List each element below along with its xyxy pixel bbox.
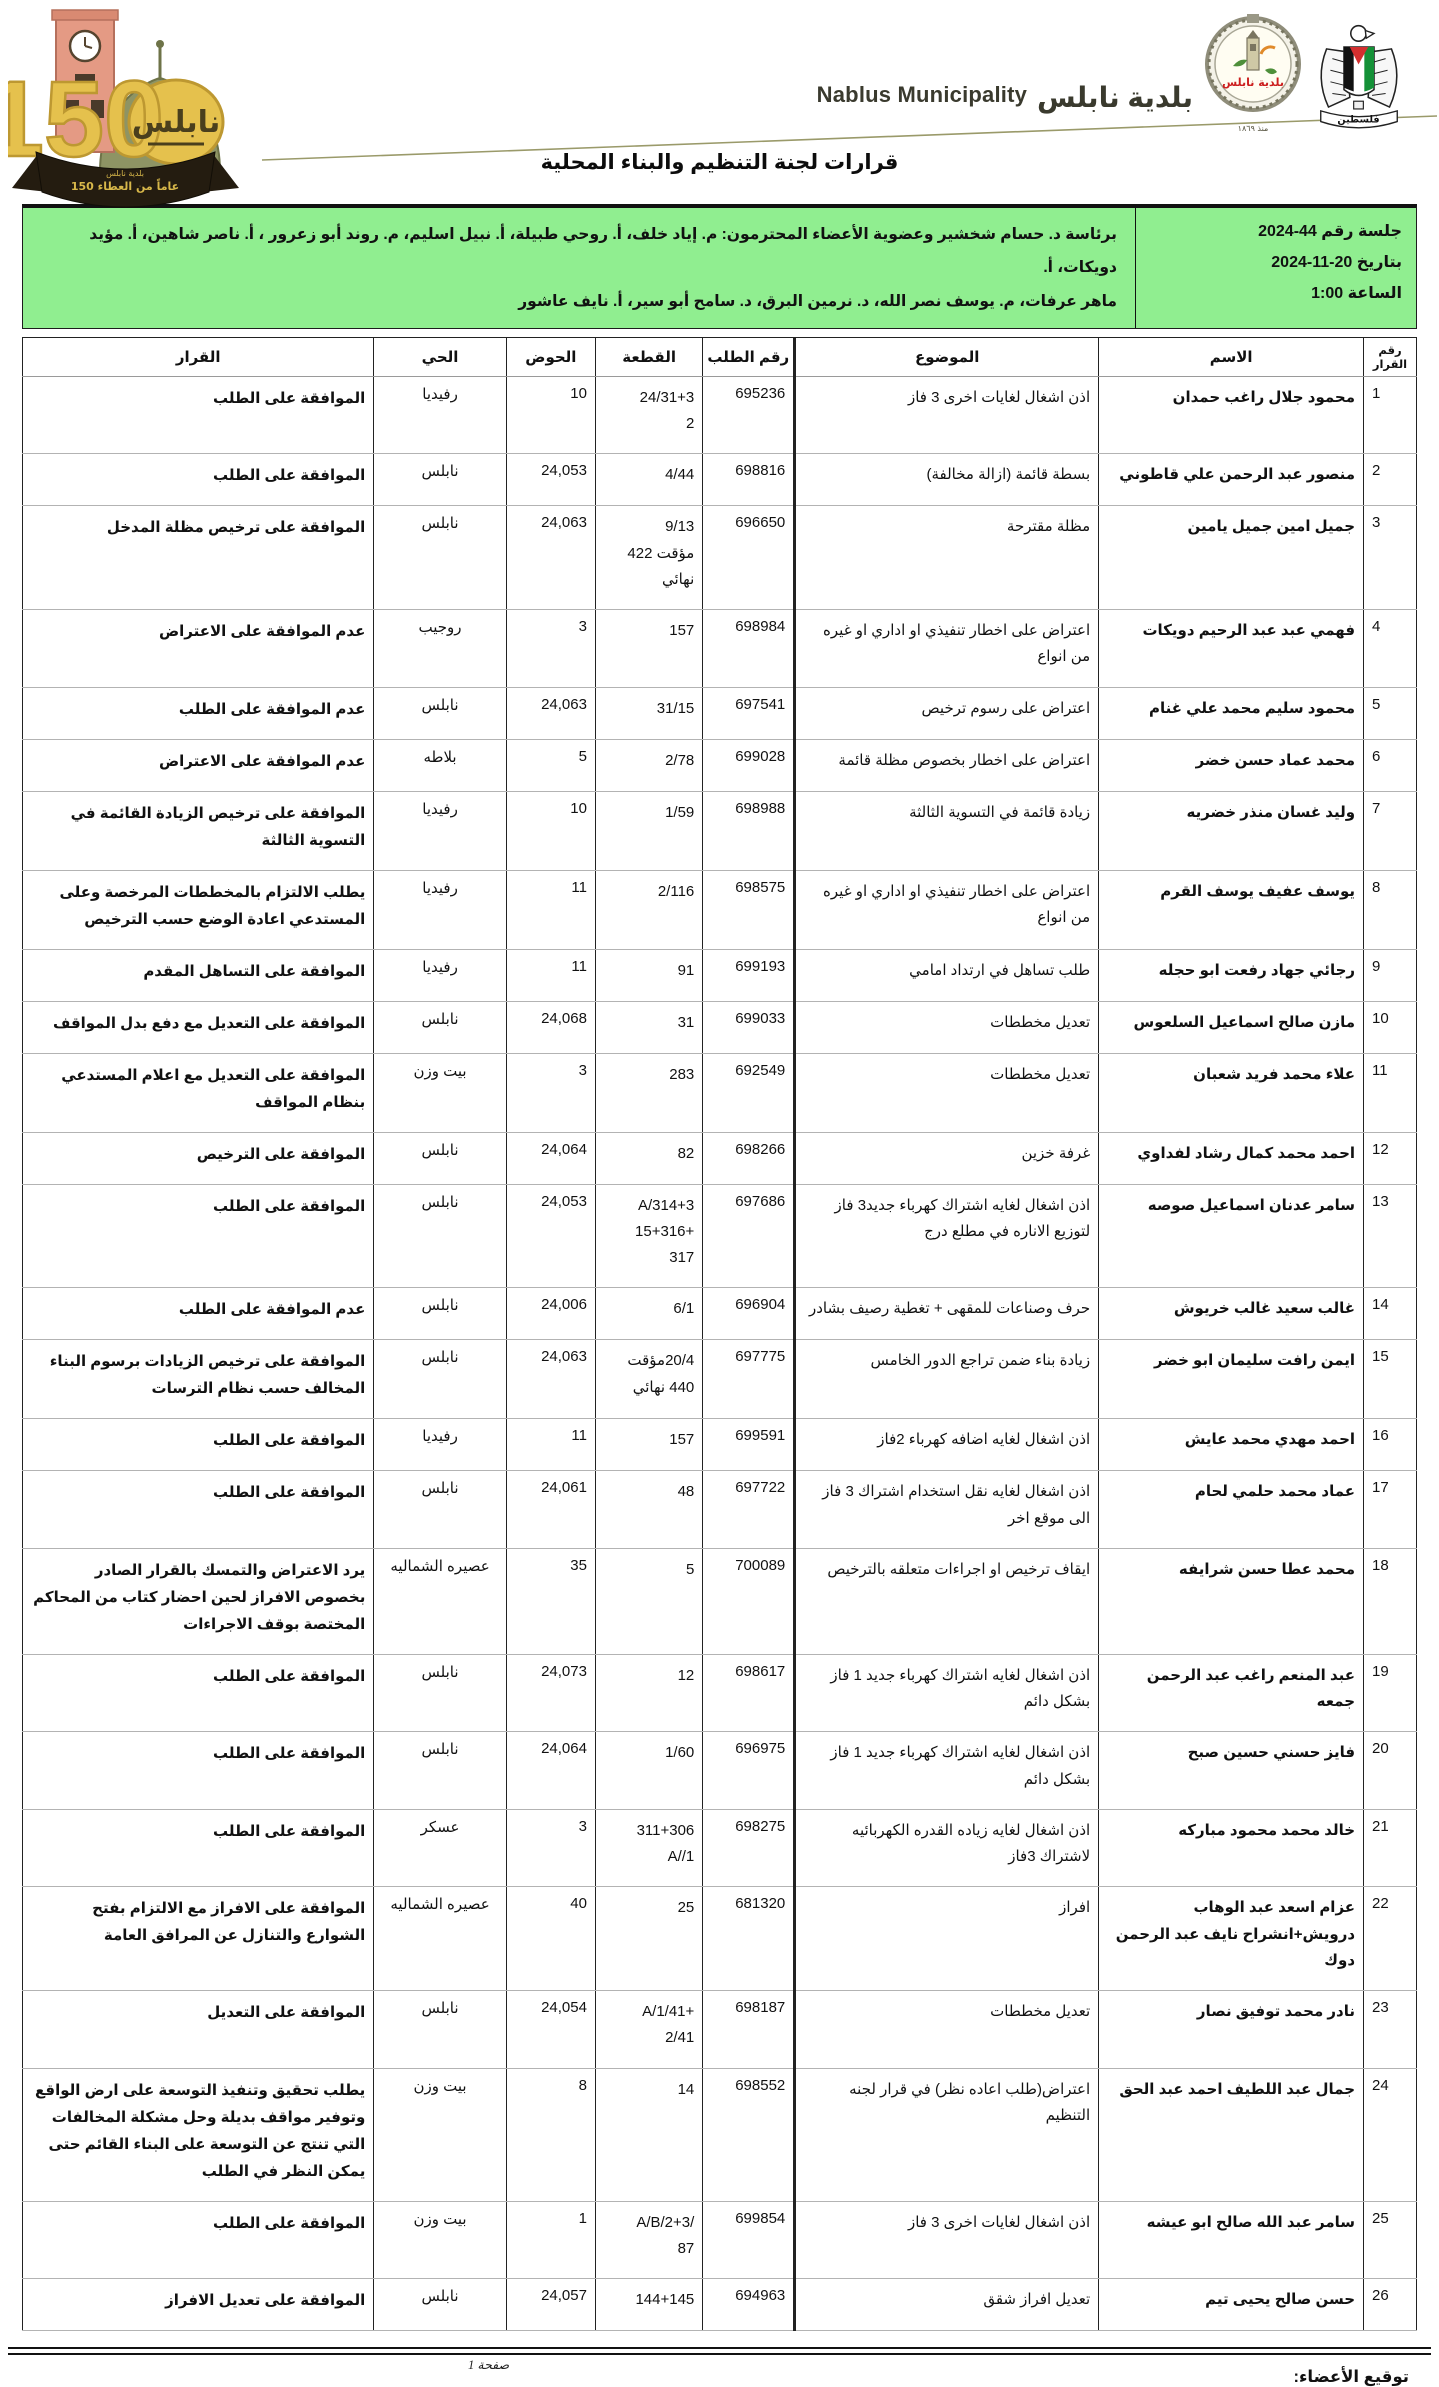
cell-subject: اذن اشغال لغايه اشتراك كهرباء جديد3 فاز … <box>795 1184 1099 1288</box>
cell-decision: الموافقة على الطلب <box>23 1654 374 1732</box>
cell-basin: 24,064 <box>506 1132 595 1184</box>
cell-name: غالب سعيد غالب خريوش <box>1099 1288 1364 1340</box>
cell-basin: 10 <box>506 376 595 454</box>
cell-decision: يرد الاعتراض والتمسك بالقرار الصادر بخصو… <box>23 1548 374 1654</box>
cell-decision-no: 5 <box>1364 687 1417 739</box>
cell-name: محمود سليم محمد علي غنام <box>1099 687 1364 739</box>
cell-subject: اعتراض على اخطار بخصوص مظلة قائمة <box>795 739 1099 791</box>
cell-decision-no: 13 <box>1364 1184 1417 1288</box>
cell-subject: تعديل مخططات <box>795 1053 1099 1132</box>
cell-district: نابلس <box>374 1654 506 1732</box>
cell-district: رفيديا <box>374 376 506 454</box>
table-row: 5 محمود سليم محمد علي غنام اعتراض على رس… <box>23 687 1417 739</box>
attendees-line-2: ماهر عرفات، م. يوسف نصر الله، د. نرمين ا… <box>41 285 1117 318</box>
cell-decision-no: 25 <box>1364 2201 1417 2279</box>
cell-subject: زيادة بناء ضمن تراجع الدور الخامس <box>795 1340 1099 1419</box>
cell-name: وليد غسان منذر خضريه <box>1099 791 1364 870</box>
cell-request-no: 699854 <box>703 2201 795 2279</box>
cell-request-no: 698187 <box>703 1991 795 2069</box>
table-row: 4 فهمي عبد عبد الرحيم دويكات اعتراض على … <box>23 610 1417 688</box>
cell-decision-no: 24 <box>1364 2068 1417 2201</box>
cell-district: بلاطه <box>374 739 506 791</box>
cell-request-no: 694963 <box>703 2279 795 2331</box>
table-row: 19 عبد المنعم راغب عبد الرحمن جمعه اذن ا… <box>23 1654 1417 1732</box>
cell-district: رفيديا <box>374 870 506 949</box>
cell-district: نابلس <box>374 2279 506 2331</box>
header-plot: القطعة <box>595 337 702 376</box>
cell-plot: A/B/2+3/ 87 <box>595 2201 702 2279</box>
cell-basin: 3 <box>506 1053 595 1132</box>
cell-decision-no: 16 <box>1364 1419 1417 1471</box>
cell-request-no: 698984 <box>703 610 795 688</box>
cell-decision-no: 10 <box>1364 1001 1417 1053</box>
cell-plot: 157 <box>595 610 702 688</box>
cell-plot: 2/78 <box>595 739 702 791</box>
cell-name: محمود جلال راغب حمدان <box>1099 376 1364 454</box>
palestine-coat-of-arms-icon: فلسطين <box>1313 18 1405 136</box>
table-row: 13 سامر عدنان اسماعيل صوصه اذن اشغال لغا… <box>23 1184 1417 1288</box>
cell-decision: الموافقة على الافراز مع الالتزام بفتح ال… <box>23 1887 374 1991</box>
cell-basin: 24,063 <box>506 687 595 739</box>
cell-basin: 1 <box>506 2201 595 2279</box>
cell-name: حسن صالح يحيى تيم <box>1099 2279 1364 2331</box>
cell-decision: الموافقة على الطلب <box>23 1471 374 1549</box>
cell-request-no: 696904 <box>703 1288 795 1340</box>
cell-decision: الموافقة على الطلب <box>23 1809 374 1887</box>
cell-subject: ايقاف ترخيص او اجراءات متعلقه بالترخيص <box>795 1548 1099 1654</box>
cell-decision: عدم الموافقة على الاعتراض <box>23 739 374 791</box>
cell-decision: الموافقة على تعديل الافراز <box>23 2279 374 2331</box>
cell-name: فايز حسني حسين صبح <box>1099 1732 1364 1810</box>
cell-basin: 3 <box>506 1809 595 1887</box>
cell-request-no: 698266 <box>703 1132 795 1184</box>
cell-basin: 40 <box>506 1887 595 1991</box>
header-request-no: رقم الطلب <box>703 337 795 376</box>
cell-decision: عدم الموافقة على الاعتراض <box>23 610 374 688</box>
cell-district: نابلس <box>374 1184 506 1288</box>
emblem-since-text: منذ ١٨٦٩ <box>1238 124 1269 133</box>
cell-decision: الموافقة على التساهل المقدم <box>23 949 374 1001</box>
cell-decision: عدم الموافقة على الطلب <box>23 1288 374 1340</box>
cell-plot: 4/44 <box>595 454 702 506</box>
cell-plot: A/314+3 15+316+ 317 <box>595 1184 702 1288</box>
cell-subject: تعديل مخططات <box>795 1991 1099 2069</box>
cell-basin: 24,006 <box>506 1288 595 1340</box>
cell-name: محمد عطا حسن شرايفه <box>1099 1548 1364 1654</box>
cell-decision-no: 2 <box>1364 454 1417 506</box>
cell-decision-no: 12 <box>1364 1132 1417 1184</box>
cell-basin: 10 <box>506 791 595 870</box>
table-header-row: رقم القرار الاسم الموضوع رقم الطلب القطع… <box>23 337 1417 376</box>
cell-decision: الموافقة على ترخيص الزيادات برسوم البناء… <box>23 1340 374 1419</box>
members-signature-label: توقيع الأعضاء: <box>30 2367 1409 2387</box>
cell-subject: اعتراض(طلب اعاده نظر) في قرار لجنه التنظ… <box>795 2068 1099 2201</box>
cell-request-no: 681320 <box>703 1887 795 1991</box>
decisions-tbody: 1 محمود جلال راغب حمدان اذن اشغال لغايات… <box>23 376 1417 2330</box>
cell-request-no: 697775 <box>703 1340 795 1419</box>
table-row: 21 خالد محمد محمود مباركه اذن اشغال لغاي… <box>23 1809 1417 1887</box>
document-page: { "header": { "municipality_en": "Nablus… <box>0 0 1439 2387</box>
cell-request-no: 697722 <box>703 1471 795 1549</box>
cell-decision-no: 22 <box>1364 1887 1417 1991</box>
page-header: 150 نابلس بلدية نابلس 150 عاماً من العطا… <box>0 0 1439 202</box>
cell-subject: تعديل مخططات <box>795 1001 1099 1053</box>
table-row: 7 وليد غسان منذر خضريه زيادة قائمة في ال… <box>23 791 1417 870</box>
session-meta: جلسة رقم 44-2024 بتاريخ 20-11-2024 الساع… <box>1135 208 1416 328</box>
cell-plot: 2/116 <box>595 870 702 949</box>
cell-decision: الموافقة على الطلب <box>23 454 374 506</box>
cell-name: مازن صالح اسماعيل السلعوس <box>1099 1001 1364 1053</box>
cell-district: بيت وزن <box>374 2068 506 2201</box>
cell-name: عماد محمد حلمي لحام <box>1099 1471 1364 1549</box>
cell-request-no: 700089 <box>703 1548 795 1654</box>
cell-plot: 91 <box>595 949 702 1001</box>
cell-decision-no: 18 <box>1364 1548 1417 1654</box>
cell-plot: 82 <box>595 1132 702 1184</box>
cell-name: سامر عدنان اسماعيل صوصه <box>1099 1184 1364 1288</box>
decisions-table-wrap: رقم القرار الاسم الموضوع رقم الطلب القطع… <box>22 337 1417 2331</box>
cell-name: علاء محمد فريد شعبان <box>1099 1053 1364 1132</box>
cell-request-no: 699591 <box>703 1419 795 1471</box>
cell-subject: اذن اشغال لغايات اخرى 3 فاز <box>795 2201 1099 2279</box>
cell-decision: يطلب تحقيق وتنفيذ التوسعة على ارض الواقع… <box>23 2068 374 2201</box>
cell-request-no: 697541 <box>703 687 795 739</box>
cell-basin: 24,061 <box>506 1471 595 1549</box>
table-row: 12 احمد محمد كمال رشاد لفداوي غرفة خزين … <box>23 1132 1417 1184</box>
cell-decision: الموافقة على الترخيص <box>23 1132 374 1184</box>
cell-request-no: 695236 <box>703 376 795 454</box>
table-row: 24 جمال عبد اللطيف احمد عبد الحق اعتراض(… <box>23 2068 1417 2201</box>
cell-district: بيت وزن <box>374 1053 506 1132</box>
cell-decision: الموافقة على التعديل مع دفع بدل المواقف <box>23 1001 374 1053</box>
cell-name: خالد محمد محمود مباركه <box>1099 1809 1364 1887</box>
municipality-name-en: Nablus Municipality <box>817 82 1027 108</box>
cell-district: نابلس <box>374 1132 506 1184</box>
table-row: 8 يوسف عفيف يوسف القرم اعتراض على اخطار … <box>23 870 1417 949</box>
table-row: 10 مازن صالح اسماعيل السلعوس تعديل مخططا… <box>23 1001 1417 1053</box>
cell-subject: بسطة قائمة (ازالة مخالفة) <box>795 454 1099 506</box>
cell-name: عزام اسعد عبد الوهاب درويش+انشراح نايف ع… <box>1099 1887 1364 1991</box>
cell-district: عسكر <box>374 1809 506 1887</box>
cell-decision: الموافقة على الطلب <box>23 376 374 454</box>
cell-plot: 14 <box>595 2068 702 2201</box>
table-row: 14 غالب سعيد غالب خريوش حرف وصناعات للمق… <box>23 1288 1417 1340</box>
cell-decision-no: 7 <box>1364 791 1417 870</box>
cell-decision-no: 23 <box>1364 1991 1417 2069</box>
cell-decision-no: 3 <box>1364 506 1417 610</box>
cell-plot: 5 <box>595 1548 702 1654</box>
cell-basin: 5 <box>506 739 595 791</box>
cell-decision-no: 9 <box>1364 949 1417 1001</box>
cell-request-no: 698275 <box>703 1809 795 1887</box>
cell-request-no: 699033 <box>703 1001 795 1053</box>
cell-subject: اعتراض على رسوم ترخيص <box>795 687 1099 739</box>
cell-plot: 31 <box>595 1001 702 1053</box>
cell-basin: 24,053 <box>506 454 595 506</box>
cell-district: نابلس <box>374 1340 506 1419</box>
cell-name: يوسف عفيف يوسف القرم <box>1099 870 1364 949</box>
cell-basin: 24,057 <box>506 2279 595 2331</box>
cell-subject: غرفة خزين <box>795 1132 1099 1184</box>
cell-subject: افراز <box>795 1887 1099 1991</box>
cell-basin: 24,073 <box>506 1654 595 1732</box>
cell-basin: 24,063 <box>506 506 595 610</box>
cell-district: نابلس <box>374 1288 506 1340</box>
cell-basin: 11 <box>506 870 595 949</box>
cell-request-no: 692549 <box>703 1053 795 1132</box>
cell-district: نابلس <box>374 1471 506 1549</box>
header-basin: الحوض <box>506 337 595 376</box>
table-row: 9 رجائي جهاد رفعت ابو حجله طلب تساهل في … <box>23 949 1417 1001</box>
cell-district: نابلس <box>374 1991 506 2069</box>
cell-plot: A/1/41+ 2/41 <box>595 1991 702 2069</box>
cell-request-no: 698816 <box>703 454 795 506</box>
cell-name: منصور عبد الرحمن علي قاطوني <box>1099 454 1364 506</box>
table-row: 20 فايز حسني حسين صبح اذن اشغال لغايه اش… <box>23 1732 1417 1810</box>
session-time: الساعة 1:00 <box>1150 278 1402 309</box>
double-rule-divider <box>8 2347 1431 2355</box>
cell-name: احمد محمد كمال رشاد لفداوي <box>1099 1132 1364 1184</box>
cell-district: نابلس <box>374 1732 506 1810</box>
cell-subject: اعتراض على اخطار تنفيذي او اداري او غيره… <box>795 870 1099 949</box>
cell-district: نابلس <box>374 1001 506 1053</box>
cell-subject: تعديل افراز شقق <box>795 2279 1099 2331</box>
cell-basin: 24,053 <box>506 1184 595 1288</box>
cell-decision-no: 6 <box>1364 739 1417 791</box>
session-attendees: برئاسة د. حسام شخشير وعضوية الأعضاء المح… <box>23 208 1135 328</box>
cell-request-no: 699028 <box>703 739 795 791</box>
logo-calligraphy-text: نابلس <box>132 105 220 140</box>
table-row: 17 عماد محمد حلمي لحام اذن اشغال لغايه ن… <box>23 1471 1417 1549</box>
table-row: 3 جميل امين جميل يامين مظلة مقترحة 69665… <box>23 506 1417 610</box>
cell-basin: 11 <box>506 949 595 1001</box>
cell-request-no: 699193 <box>703 949 795 1001</box>
header-district: الحي <box>374 337 506 376</box>
cell-decision-no: 11 <box>1364 1053 1417 1132</box>
cell-decision: يطلب الالتزام بالمخططات المرخصة وعلى الم… <box>23 870 374 949</box>
cell-plot: 48 <box>595 1471 702 1549</box>
cell-plot: 144+145 <box>595 2279 702 2331</box>
table-row: 22 عزام اسعد عبد الوهاب درويش+انشراح ناي… <box>23 1887 1417 1991</box>
cell-district: عصيره الشماليه <box>374 1548 506 1654</box>
cell-subject: اذن اشغال لغايات اخرى 3 فاز <box>795 376 1099 454</box>
cell-decision: الموافقة على التعديل مع اعلام المستدعي ب… <box>23 1053 374 1132</box>
cell-plot: 9/13 مؤقت 422 نهائي <box>595 506 702 610</box>
table-row: 26 حسن صالح يحيى تيم تعديل افراز شقق 694… <box>23 2279 1417 2331</box>
table-row: 18 محمد عطا حسن شرايفه ايقاف ترخيص او اج… <box>23 1548 1417 1654</box>
cell-name: سامر عبد الله صالح ابو عيشه <box>1099 2201 1364 2279</box>
table-row: 23 نادر محمد توفيق نصار تعديل مخططات 698… <box>23 1991 1417 2069</box>
cell-district: رفيديا <box>374 1419 506 1471</box>
cell-decision-no: 21 <box>1364 1809 1417 1887</box>
cell-request-no: 698575 <box>703 870 795 949</box>
cell-district: بيت وزن <box>374 2201 506 2279</box>
cell-district: نابلس <box>374 506 506 610</box>
cell-request-no: 696975 <box>703 1732 795 1810</box>
cell-district: نابلس <box>374 687 506 739</box>
ribbon-main-text: 150 عاماً من العطاء <box>71 178 179 193</box>
cell-basin: 8 <box>506 2068 595 2201</box>
cell-district: نابلس <box>374 454 506 506</box>
cell-plot: 157 <box>595 1419 702 1471</box>
cell-name: جميل امين جميل يامين <box>1099 506 1364 610</box>
cell-decision: الموافقة على الطلب <box>23 1732 374 1810</box>
cell-subject: اذن اشغال لغايه اشتراك كهرباء جديد 1 فاز… <box>795 1654 1099 1732</box>
header-subject: الموضوع <box>795 337 1099 376</box>
cell-name: فهمي عبد عبد الرحيم دويكات <box>1099 610 1364 688</box>
cell-plot: 1/60 <box>595 1732 702 1810</box>
cell-subject: حرف وصناعات للمقهى + تغطية رصيف بشادر <box>795 1288 1099 1340</box>
cell-subject: زيادة قائمة في التسوية الثالثة <box>795 791 1099 870</box>
cell-plot: 1/59 <box>595 791 702 870</box>
cell-plot: 24/31+3 2 <box>595 376 702 454</box>
cell-name: ايمن رافت سليمان ابو خضر <box>1099 1340 1364 1419</box>
nablus-municipality-emblem-icon: بلدية نابلس منذ ١٨٦٩ <box>1203 14 1303 136</box>
cell-basin: 3 <box>506 610 595 688</box>
municipality-name-ar: بلدية نابلس <box>1037 81 1193 114</box>
cell-decision-no: 15 <box>1364 1340 1417 1419</box>
cell-decision: الموافقة على ترخيص الزيادة القائمة في ال… <box>23 791 374 870</box>
table-row: 1 محمود جلال راغب حمدان اذن اشغال لغايات… <box>23 376 1417 454</box>
cell-subject: مظلة مقترحة <box>795 506 1099 610</box>
cell-subject: اعتراض على اخطار تنفيذي او اداري او غيره… <box>795 610 1099 688</box>
cell-plot: 12 <box>595 1654 702 1732</box>
cell-plot: 20/4مؤقت 440 نهائي <box>595 1340 702 1419</box>
cell-basin: 11 <box>506 1419 595 1471</box>
cell-basin: 24,063 <box>506 1340 595 1419</box>
session-date: بتاريخ 20-11-2024 <box>1150 247 1402 278</box>
header-name: الاسم <box>1099 337 1364 376</box>
cell-district: رفيديا <box>374 949 506 1001</box>
header-decision-no: رقم القرار <box>1364 337 1417 376</box>
cell-plot: 25 <box>595 1887 702 1991</box>
session-number: جلسة رقم 44-2024 <box>1150 216 1402 247</box>
cell-district: رفيديا <box>374 791 506 870</box>
cell-district: روجيب <box>374 610 506 688</box>
cell-name: محمد عماد حسن خضر <box>1099 739 1364 791</box>
table-row: 11 علاء محمد فريد شعبان تعديل مخططات 692… <box>23 1053 1417 1132</box>
page-number-label: صفحة 1 <box>468 2357 509 2373</box>
header-decision: القرار <box>23 337 374 376</box>
cell-name: عبد المنعم راغب عبد الرحمن جمعه <box>1099 1654 1364 1732</box>
brand-row: Nablus Municipality بلدية نابلس بلدية نا… <box>817 14 1405 136</box>
cell-name: رجائي جهاد رفعت ابو حجله <box>1099 949 1364 1001</box>
cell-decision: الموافقة على التعديل <box>23 1991 374 2069</box>
cell-plot: 6/1 <box>595 1288 702 1340</box>
cell-request-no: 698988 <box>703 791 795 870</box>
decisions-table: رقم القرار الاسم الموضوع رقم الطلب القطع… <box>22 337 1417 2331</box>
nablus-150-anniversary-logo: 150 نابلس بلدية نابلس 150 عاماً من العطا… <box>8 4 243 216</box>
cell-decision: الموافقة على ترخيص مظلة المدخل <box>23 506 374 610</box>
cell-request-no: 698617 <box>703 1654 795 1732</box>
cell-decision-no: 1 <box>1364 376 1417 454</box>
cell-decision-no: 14 <box>1364 1288 1417 1340</box>
cell-decision: الموافقة على الطلب <box>23 1184 374 1288</box>
table-row: 2 منصور عبد الرحمن علي قاطوني بسطة قائمة… <box>23 454 1417 506</box>
emblem-arabic-text: بلدية نابلس <box>1222 76 1284 89</box>
cell-subject: اذن اشغال لغايه نقل استخدام اشتراك 3 فاز… <box>795 1471 1099 1549</box>
cell-decision-no: 17 <box>1364 1471 1417 1549</box>
cell-plot: 311+306 A//1 <box>595 1809 702 1887</box>
cell-subject: طلب تساهل في ارتداد امامي <box>795 949 1099 1001</box>
cell-basin: 24,068 <box>506 1001 595 1053</box>
cell-decision: عدم الموافقة على الطلب <box>23 687 374 739</box>
cell-basin: 24,064 <box>506 1732 595 1810</box>
cell-decision-no: 20 <box>1364 1732 1417 1810</box>
page-title: قرارات لجنة التنظيم والبناء المحلية <box>0 150 1439 175</box>
cell-basin: 24,054 <box>506 1991 595 2069</box>
cell-request-no: 696650 <box>703 506 795 610</box>
cell-plot: 283 <box>595 1053 702 1132</box>
cell-decision-no: 8 <box>1364 870 1417 949</box>
cell-subject: اذن اشغال لغايه اشتراك كهرباء جديد 1 فاز… <box>795 1732 1099 1810</box>
cell-subject: اذن اشغال لغايه اضافه كهرباء 2فاز <box>795 1419 1099 1471</box>
cell-subject: اذن اشغال لغايه زياده القدره الكهربائيه … <box>795 1809 1099 1887</box>
session-banner: جلسة رقم 44-2024 بتاريخ 20-11-2024 الساع… <box>22 204 1417 329</box>
table-row: 16 احمد مهدي محمد عايش اذن اشغال لغايه ا… <box>23 1419 1417 1471</box>
cell-basin: 35 <box>506 1548 595 1654</box>
palestine-banner-text: فلسطين <box>1337 115 1379 126</box>
cell-request-no: 698552 <box>703 2068 795 2201</box>
table-row: 25 سامر عبد الله صالح ابو عيشه اذن اشغال… <box>23 2201 1417 2279</box>
table-row: 6 محمد عماد حسن خضر اعتراض على اخطار بخص… <box>23 739 1417 791</box>
cell-decision: الموافقة على الطلب <box>23 1419 374 1471</box>
cell-name: احمد مهدي محمد عايش <box>1099 1419 1364 1471</box>
cell-district: عصيره الشماليه <box>374 1887 506 1991</box>
table-row: 15 ايمن رافت سليمان ابو خضر زيادة بناء ض… <box>23 1340 1417 1419</box>
attendees-line-1: برئاسة د. حسام شخشير وعضوية الأعضاء المح… <box>41 218 1117 285</box>
cell-decision-no: 19 <box>1364 1654 1417 1732</box>
cell-decision-no: 26 <box>1364 2279 1417 2331</box>
cell-decision-no: 4 <box>1364 610 1417 688</box>
cell-name: جمال عبد اللطيف احمد عبد الحق <box>1099 2068 1364 2201</box>
cell-decision: الموافقة على الطلب <box>23 2201 374 2279</box>
cell-plot: 31/15 <box>595 687 702 739</box>
cell-name: نادر محمد توفيق نصار <box>1099 1991 1364 2069</box>
cell-request-no: 697686 <box>703 1184 795 1288</box>
